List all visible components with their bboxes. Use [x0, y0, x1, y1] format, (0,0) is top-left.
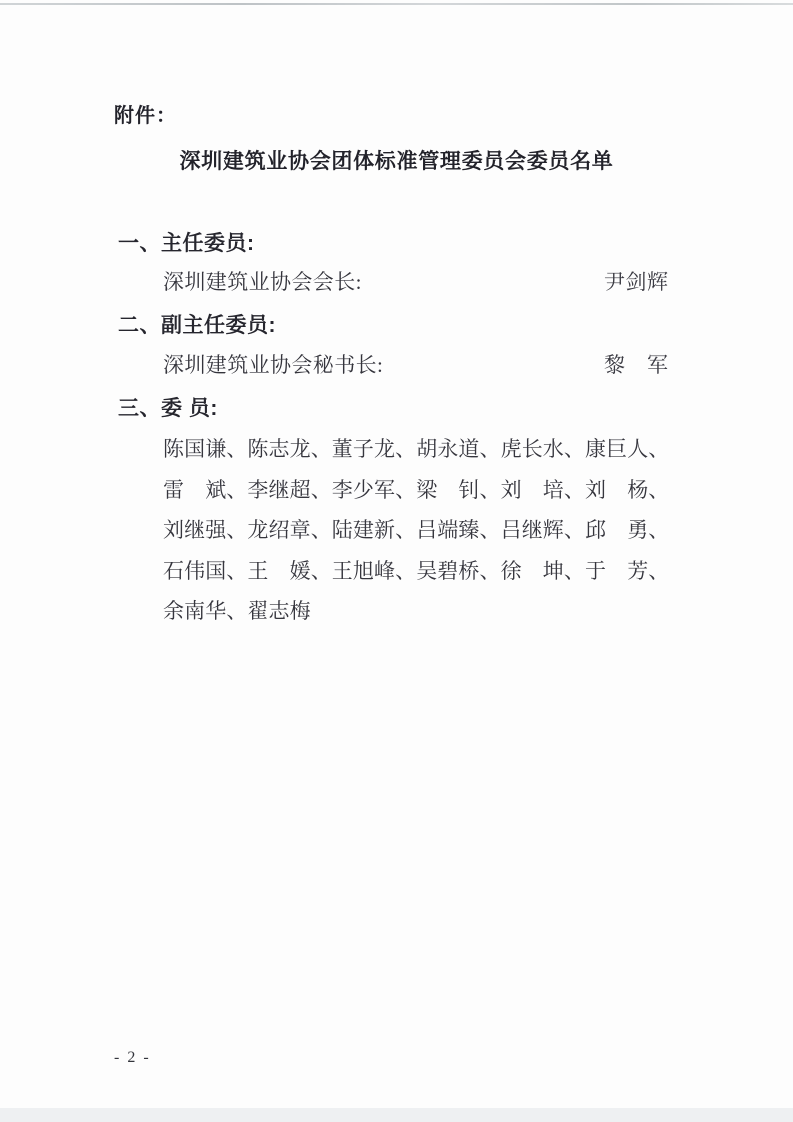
member-line: 陈国谦、陈志龙、董子龙、胡永道、虎长水、康巨人、 — [163, 429, 703, 470]
section-heading-chairman: 一、主任委员: — [118, 231, 255, 256]
chairman-role: 深圳建筑业协会会长: — [163, 270, 362, 295]
attachment-label: 附件： — [114, 104, 177, 128]
scan-edge-top-artifact — [0, 3, 793, 5]
scan-edge-bottom-artifact — [0, 1108, 793, 1122]
page-number: - 2 - — [114, 1048, 151, 1067]
member-line: 石伟国、王 媛、王旭峰、吴碧桥、徐 坤、于 芳、 — [163, 551, 703, 592]
member-line: 余南华、翟志梅 — [163, 591, 703, 632]
section-heading-vice-chairman: 二、副主任委员: — [118, 313, 276, 338]
vice-chairman-role: 深圳建筑业协会秘书长: — [163, 353, 383, 378]
vice-chairman-name: 黎 军 — [604, 353, 669, 378]
member-line: 雷 斌、李继超、李少军、梁 钊、刘 培、刘 杨、 — [163, 470, 703, 511]
page-title: 深圳建筑业协会团体标准管理委员会委员名单 — [0, 148, 793, 175]
member-line: 刘继强、龙绍章、陆建新、吕端臻、吕继辉、邱 勇、 — [163, 510, 703, 551]
chairman-name: 尹剑辉 — [604, 270, 669, 295]
member-list: 陈国谦、陈志龙、董子龙、胡永道、虎长水、康巨人、 雷 斌、李继超、李少军、梁 钊… — [163, 429, 703, 632]
document-page: 附件： 深圳建筑业协会团体标准管理委员会委员名单 一、主任委员: 深圳建筑业协会… — [0, 0, 793, 1122]
section-heading-members: 三、委 员: — [118, 396, 218, 421]
